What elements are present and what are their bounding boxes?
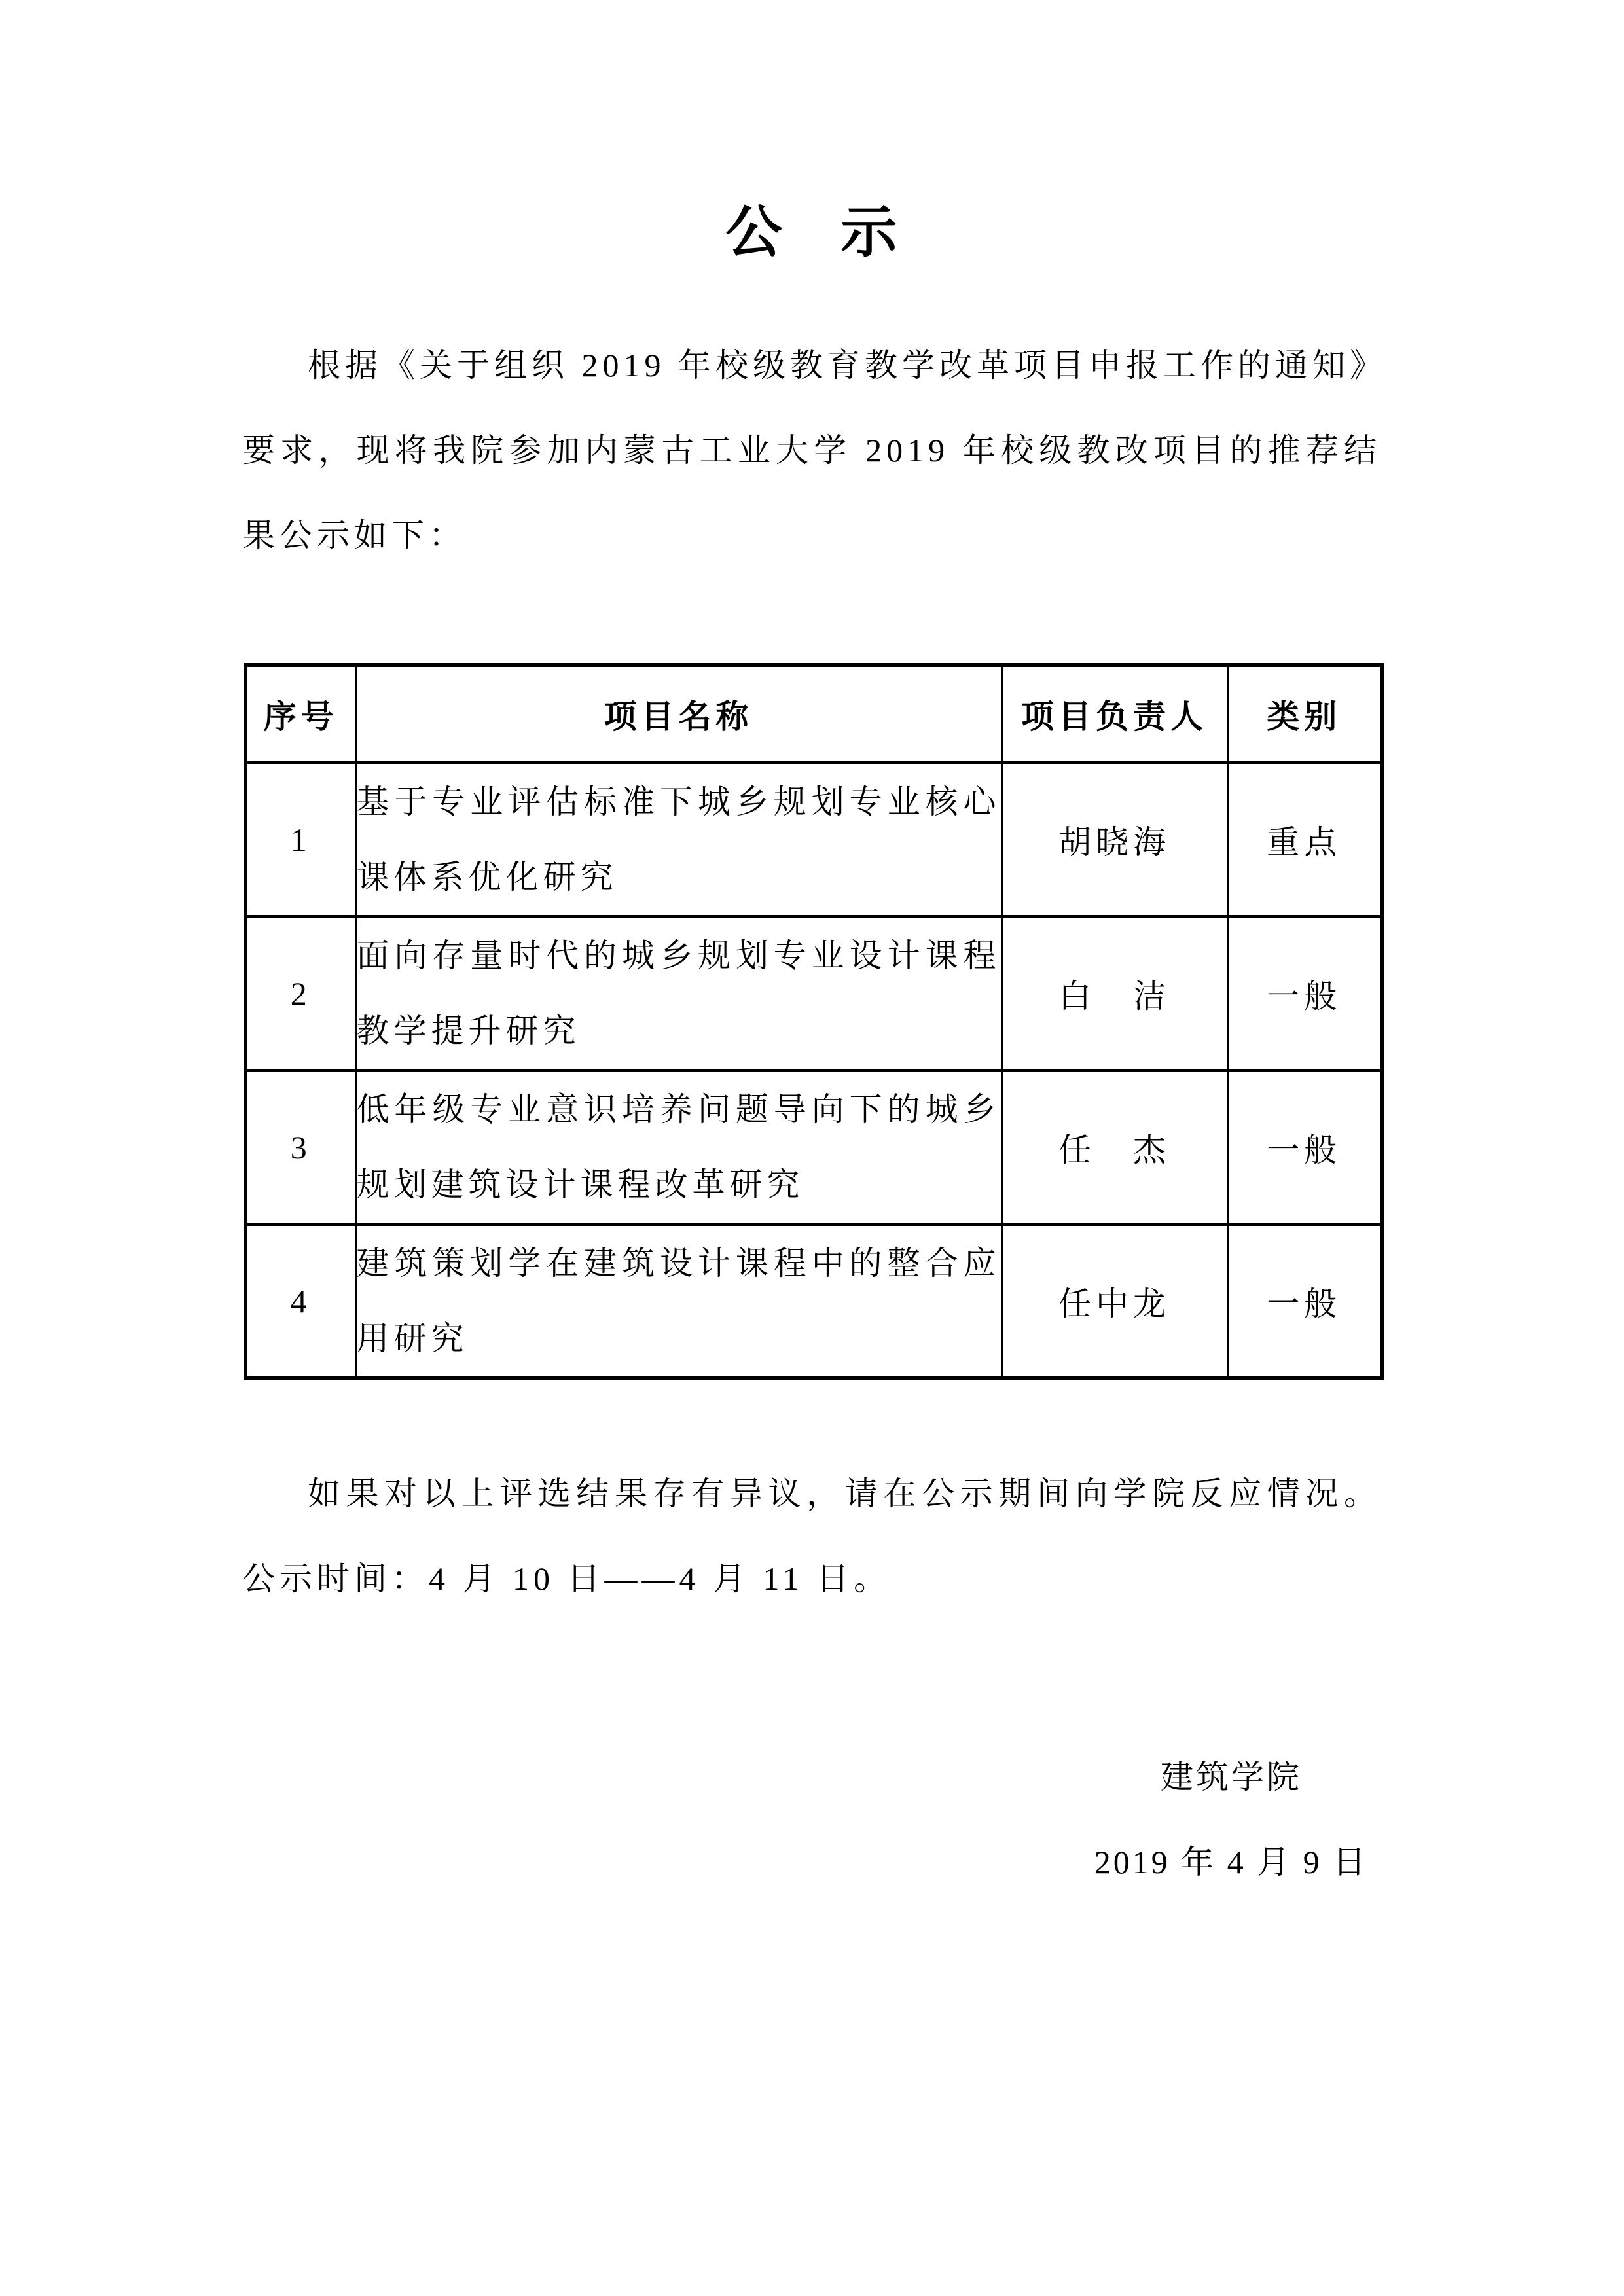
closing-paragraph: 如果对以上评选结果存有异议，请在公示期间向学院反应情况。公示时间：4 月 10 … <box>242 1451 1381 1621</box>
projects-table: 序号项目名称项目负责人类别 1基于专业评估标准下城乡规划专业核心课体系优化研究胡… <box>244 663 1384 1380</box>
category-cell: 重点 <box>1227 763 1382 917</box>
leader-cell: 胡晓海 <box>1001 763 1227 917</box>
intro-paragraph: 根据《关于组织 2019 年校级教育教学改革项目申报工作的通知》要求，现将我院参… <box>242 323 1381 578</box>
table-row: 2面向存量时代的城乡规划专业设计课程教学提升研究白 洁一般 <box>245 917 1382 1071</box>
paragraph-line: 要求，现将我院参加内蒙古工业大学 2019 年校级教改项目的推荐结 <box>242 408 1381 493</box>
project-name-cell: 建筑策划学在建筑设计课程中的整合应用研究 <box>355 1225 1001 1379</box>
paragraph-line: 根据《关于组织 2019 年校级教育教学改革项目申报工作的通知》 <box>242 323 1381 408</box>
paragraph-line: 果公示如下： <box>242 493 1381 578</box>
signature-block: 建筑学院 2019 年 4 月 9 日 <box>1048 1734 1415 1905</box>
leader-cell: 任中龙 <box>1001 1225 1227 1379</box>
project-name-cell: 基于专业评估标准下城乡规划专业核心课体系优化研究 <box>355 763 1001 917</box>
paragraph-line: 如果对以上评选结果存有异议，请在公示期间向学院反应情况。 <box>242 1451 1381 1536</box>
notice-document: 公 示 根据《关于组织 2019 年校级教育教学改革项目申报工作的通知》要求，现… <box>0 0 1624 2296</box>
leader-cell: 白 洁 <box>1001 917 1227 1071</box>
table-row: 4建筑策划学在建筑设计课程中的整合应用研究任中龙一般 <box>245 1225 1382 1379</box>
row-number-cell: 3 <box>245 1071 355 1225</box>
column-header: 序号 <box>245 665 355 763</box>
column-header: 项目名称 <box>355 665 1001 763</box>
signature-date: 2019 年 4 月 9 日 <box>1048 1820 1415 1905</box>
table-header-row: 序号项目名称项目负责人类别 <box>245 665 1382 763</box>
project-name-cell: 面向存量时代的城乡规划专业设计课程教学提升研究 <box>355 917 1001 1071</box>
paragraph-line: 公示时间：4 月 10 日——4 月 11 日。 <box>242 1536 1381 1621</box>
page-title: 公 示 <box>0 196 1624 268</box>
row-number-cell: 2 <box>245 917 355 1071</box>
row-number-cell: 1 <box>245 763 355 917</box>
category-cell: 一般 <box>1227 917 1382 1071</box>
signature-org: 建筑学院 <box>1048 1734 1415 1820</box>
table-row: 3低年级专业意识培养问题导向下的城乡规划建筑设计课程改革研究任 杰一般 <box>245 1071 1382 1225</box>
project-name-cell: 低年级专业意识培养问题导向下的城乡规划建筑设计课程改革研究 <box>355 1071 1001 1225</box>
column-header: 项目负责人 <box>1001 665 1227 763</box>
leader-cell: 任 杰 <box>1001 1071 1227 1225</box>
category-cell: 一般 <box>1227 1225 1382 1379</box>
row-number-cell: 4 <box>245 1225 355 1379</box>
category-cell: 一般 <box>1227 1071 1382 1225</box>
table-row: 1基于专业评估标准下城乡规划专业核心课体系优化研究胡晓海重点 <box>245 763 1382 917</box>
column-header: 类别 <box>1227 665 1382 763</box>
